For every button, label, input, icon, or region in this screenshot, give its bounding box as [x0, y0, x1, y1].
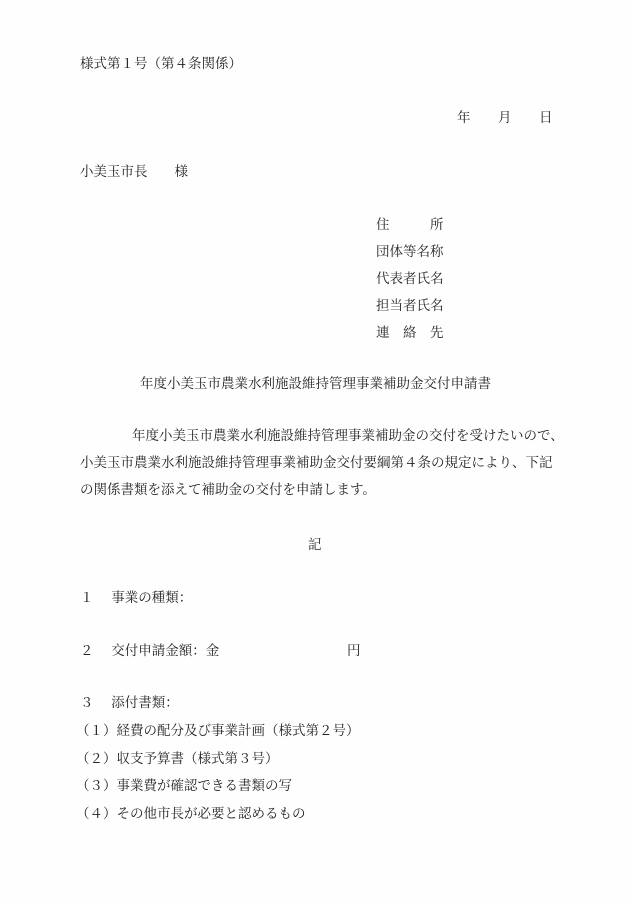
- body-line-1: 年度小美玉市農業水利施設維持管理事業補助金の交付を受けたいので、: [80, 423, 560, 450]
- body-line-3: の関係書類を添えて補助金の交付を申請します。: [80, 477, 560, 504]
- field-organization-name: 団体等名称: [376, 239, 444, 266]
- item-1-business-type: １ 事業の種類：: [80, 592, 192, 606]
- attachment-item: （２）収支予算書（様式第３号）: [76, 746, 360, 774]
- field-contact: 連 絡 先: [376, 320, 444, 347]
- item-3-attachments-label: ３ 添付書類：: [80, 697, 179, 711]
- field-representative-name: 代表者氏名: [376, 266, 444, 293]
- ki-heading: 記: [308, 539, 322, 553]
- body-paragraph: 年度小美玉市農業水利施設維持管理事業補助金の交付を受けたいので、 小美玉市農業水…: [80, 423, 560, 504]
- attachment-item: （３）事業費が確認できる書類の写: [76, 773, 360, 801]
- date-year: 年: [457, 112, 471, 126]
- attachment-list: （１）経費の配分及び事業計画（様式第２号） （２）収支予算書（様式第３号） （３…: [76, 718, 360, 828]
- date-day: 日: [539, 112, 553, 126]
- addressee: 小美玉市長 様: [80, 166, 188, 180]
- document-title: 年度小美玉市農業水利施設維持管理事業補助金交付申請書: [140, 378, 491, 392]
- field-address: 住 所: [376, 212, 444, 239]
- item-2-amount-unit: 円: [347, 645, 361, 659]
- attachment-item: （１）経費の配分及び事業計画（様式第２号）: [76, 718, 360, 746]
- date-month: 月: [498, 112, 512, 126]
- field-contact-person: 担当者氏名: [376, 293, 444, 320]
- applicant-block: 住 所 団体等名称 代表者氏名 担当者氏名 連 絡 先: [376, 212, 444, 347]
- attachment-item: （４）その他市長が必要と認めるもの: [76, 801, 360, 829]
- form-number: 様式第１号（第４条関係）: [80, 58, 242, 72]
- item-2-amount-label: ２ 交付申請金額：金: [80, 645, 219, 659]
- body-line-2: 小美玉市農業水利施設維持管理事業補助金交付要綱第４条の規定により、下記: [80, 450, 560, 477]
